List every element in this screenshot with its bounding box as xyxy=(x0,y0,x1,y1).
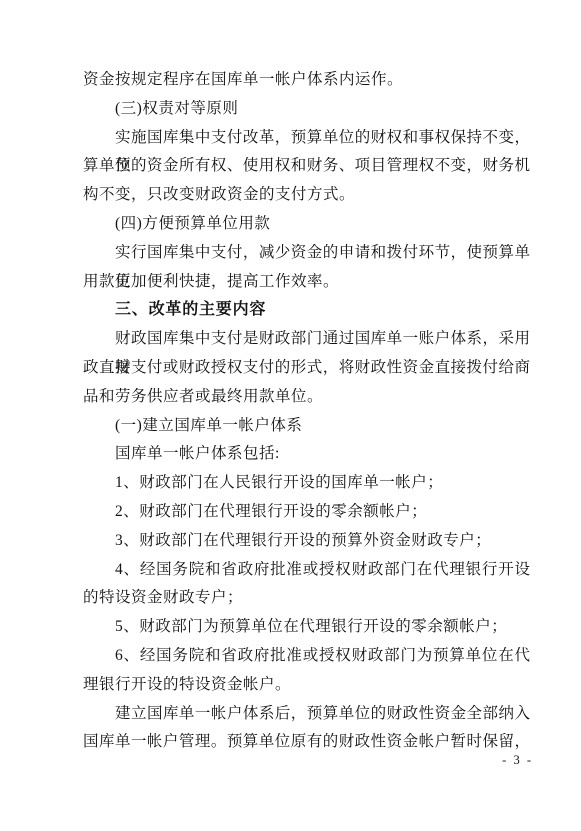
text-line: 国库单一帐户管理。预算单位原有的财政性资金帐户暂时保留， xyxy=(83,728,530,757)
list-item-1: 1、财政部门在人民银行开设的国库单一帐户； xyxy=(83,469,530,498)
section-heading: 三、改革的主要内容 xyxy=(83,296,530,325)
list-item-6: 6、经国务院和省政府批准或授权财政部门为预算单位在代 xyxy=(83,642,530,671)
text-line: 用款更加便利快捷，提高工作效率。 xyxy=(83,268,530,297)
list-item-5: 5、财政部门为预算单位在代理银行开设的零余额帐户； xyxy=(83,613,530,642)
subheading-3: (三)权责对等原则 xyxy=(83,95,530,124)
text-line: 实施国库集中支付改革，预算单位的财权和事权保持不变，预 xyxy=(83,124,530,153)
text-line: 实行国库集中支付，减少资金的申请和拨付环节，使预算单位 xyxy=(83,239,530,268)
text-line: 建立国库单一帐户体系后，预算单位的财政性资金全部纳入 xyxy=(83,700,530,729)
text-line: 资金按规定程序在国库单一帐户体系内运作。 xyxy=(83,66,530,95)
text-line: 国库单一帐户体系包括: xyxy=(83,440,530,469)
document-page: 资金按规定程序在国库单一帐户体系内运作。 (三)权责对等原则 实施国库集中支付改… xyxy=(0,0,581,831)
subheading-4: (四)方便预算单位用款 xyxy=(83,210,530,239)
list-item-2: 2、财政部门在代理银行开设的零余额帐户； xyxy=(83,498,530,527)
document-text: 资金按规定程序在国库单一帐户体系内运作。 (三)权责对等原则 实施国库集中支付改… xyxy=(83,66,530,757)
text-line: 品和劳务供应者或最终用款单位。 xyxy=(83,383,530,412)
text-line: 政直接支付或财政授权支付的形式，将财政性资金直接拨付给商 xyxy=(83,354,530,383)
text-line: 理银行开设的特设资金帐户。 xyxy=(83,671,530,700)
text-line: 财政国库集中支付是财政部门通过国库单一账户体系，采用财 xyxy=(83,325,530,354)
text-line: 的特设资金财政专户； xyxy=(83,584,530,613)
text-line: 算单位的资金所有权、使用权和财务、项目管理权不变，财务机 xyxy=(83,152,530,181)
page-number: - 3 - xyxy=(502,753,533,768)
list-item-4: 4、经国务院和省政府批准或授权财政部门在代理银行开设 xyxy=(83,556,530,585)
text-line: 构不变，只改变财政资金的支付方式。 xyxy=(83,181,530,210)
subheading-1: (一)建立国库单一帐户体系 xyxy=(83,412,530,441)
list-item-3: 3、财政部门在代理银行开设的预算外资金财政专户； xyxy=(83,527,530,556)
